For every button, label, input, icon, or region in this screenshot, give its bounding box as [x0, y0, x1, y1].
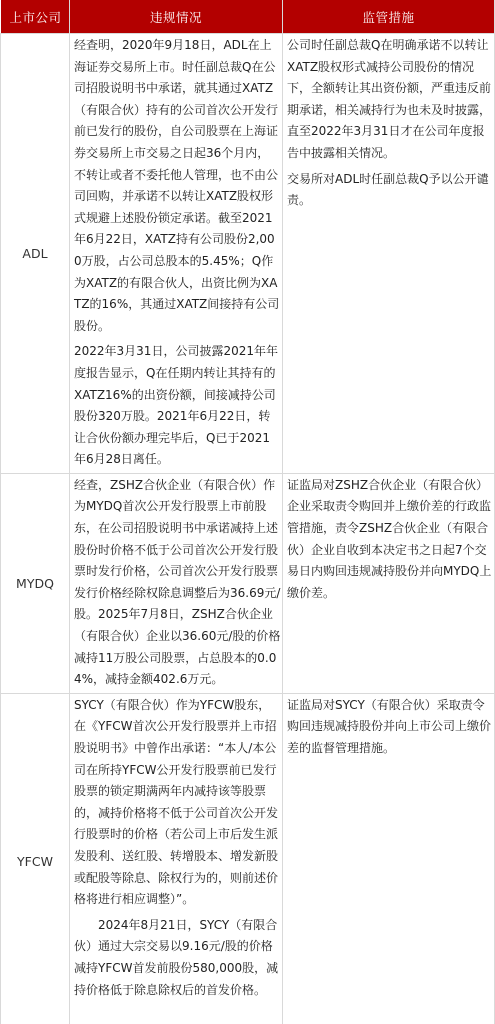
measure-paragraph: 证监局对ZSHZ合伙企业（有限合伙）企业采取责令购回并上缴价差的行政监管措施，责… [287, 475, 493, 605]
table-row: MYDQ 经查，ZSHZ合伙企业（有限合伙）作为MYDQ首次公开发行股票上市前股… [1, 473, 495, 693]
measure-paragraph: 证监局对SYCY（有限合伙）采取责令购回违规减持股份并向上市公司上缴价差的监督管… [287, 695, 493, 760]
violation-paragraph: 经查明，2020年9月18日，ADL在上海证券交易所上市。时任副总裁Q在公司招股… [74, 35, 281, 337]
company-cell: YFCW [1, 693, 70, 1024]
violation-cell: 经查明，2020年9月18日，ADL在上海证券交易所上市。时任副总裁Q在公司招股… [70, 34, 283, 474]
measure-cell: 证监局对SYCY（有限合伙）采取责令购回违规减持股份并向上市公司上缴价差的监督管… [283, 693, 495, 1024]
violation-paragraph: 2024年8月21日，SYCY（有限合伙）通过大宗交易以9.16元/股的价格减持… [74, 915, 281, 1001]
violation-cell: 经查，ZSHZ合伙企业（有限合伙）作为MYDQ首次公开发行股票上市前股东，在公司… [70, 473, 283, 693]
header-measure: 监管措施 [283, 0, 495, 34]
header-company: 上市公司 [1, 0, 70, 34]
measure-cell: 证监局对ZSHZ合伙企业（有限合伙）企业采取责令购回并上缴价差的行政监管措施，责… [283, 473, 495, 693]
violation-paragraph: 2022年3月31日，公司披露2021年年度报告显示，Q在任期内转让其持有的XA… [74, 341, 281, 471]
company-cell: MYDQ [1, 473, 70, 693]
table-header-row: 上市公司 违规情况 监管措施 [1, 0, 495, 34]
table-row: YFCW SYCY（有限合伙）作为YFCW股东，在《YFCW首次公开发行股票并上… [1, 693, 495, 1024]
violations-table: 上市公司 违规情况 监管措施 ADL 经查明，2020年9月18日，ADL在上海… [0, 0, 495, 1024]
header-violation: 违规情况 [70, 0, 283, 34]
violation-cell: SYCY（有限合伙）作为YFCW股东，在《YFCW首次公开发行股票并上市招股说明… [70, 693, 283, 1024]
measure-cell: 公司时任副总裁Q在明确承诺不以转让XATZ股权形式减持公司股份的情况下，全额转让… [283, 34, 495, 474]
violation-paragraph: SYCY（有限合伙）作为YFCW股东，在《YFCW首次公开发行股票并上市招股说明… [74, 695, 281, 911]
measure-paragraph: 公司时任副总裁Q在明确承诺不以转让XATZ股权形式减持公司股份的情况下，全额转让… [287, 35, 493, 165]
company-cell: ADL [1, 34, 70, 474]
measure-paragraph: 交易所对ADL时任副总裁Q予以公开谴责。 [287, 169, 493, 212]
violation-paragraph: 经查，ZSHZ合伙企业（有限合伙）作为MYDQ首次公开发行股票上市前股东，在公司… [74, 475, 281, 691]
table-row: ADL 经查明，2020年9月18日，ADL在上海证券交易所上市。时任副总裁Q在… [1, 34, 495, 474]
